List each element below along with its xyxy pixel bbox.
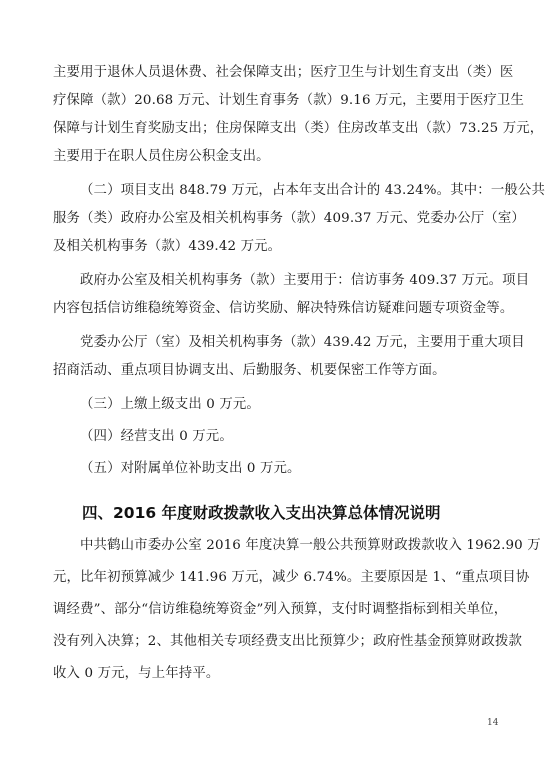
paragraph-line: 调经费”、部分“信访维稳统筹资金”列入预算，支付时调整指标到相关单位，: [53, 601, 497, 619]
section-heading: 四、2016 年度财政拨款收入支出决算总体情况说明: [82, 502, 441, 524]
paragraph-line: 保障与计划生育奖励支出；住房保障支出（类）住房改革支出（款）73.25 万元，: [53, 120, 497, 138]
list-item: （三）上缴上级支出 0 万元。: [80, 396, 497, 414]
list-item: （四）经营支出 0 万元。: [80, 428, 497, 446]
paragraph-line: 中共鹤山市委办公室 2016 年度决算一般公共预算财政拨款收入 1962.90 …: [80, 537, 497, 555]
list-item: （五）对附属单位补助支出 0 万元。: [80, 460, 497, 478]
page-number: 14: [487, 718, 498, 728]
paragraph-line: 内容包括信访维稳统筹资金、信访奖励、解决特殊信访疑难问题专项资金等。: [53, 300, 497, 318]
document-page: 主要用于退休人员退休费、社会保障支出；医疗卫生与计划生育支出（类）医 疗保障（款…: [0, 0, 550, 778]
paragraph-line: 及相关机构事务（款）439.42 万元。: [53, 238, 497, 256]
paragraph-line: 服务（类）政府办公室及相关机构事务（款）409.37 万元、党委办公厅（室）: [53, 210, 497, 228]
paragraph-line: 疗保障（款）20.68 万元、计划生育事务（款）9.16 万元，主要用于医疗卫生: [53, 92, 497, 110]
paragraph-line: 收入 0 万元，与上年持平。: [53, 665, 497, 683]
paragraph-line: （二）项目支出 848.79 万元，占本年支出合计的 43.24%。其中：一般公…: [80, 182, 497, 200]
paragraph-line: 政府办公室及相关机构事务（款）主要用于：信访事务 409.37 万元。项目: [80, 272, 497, 290]
paragraph-line: 党委办公厅（室）及相关机构事务（款）439.42 万元，主要用于重大项目: [80, 334, 497, 352]
paragraph-line: 招商活动、重点项目协调支出、后勤服务、机要保密工作等方面。: [53, 362, 497, 380]
paragraph-line: 主要用于退休人员退休费、社会保障支出；医疗卫生与计划生育支出（类）医: [53, 64, 497, 82]
paragraph-line: 主要用于在职人员住房公积金支出。: [53, 148, 497, 166]
paragraph-line: 没有列入决算；2、其他相关专项经费支出比预算少；政府性基金预算财政拨款: [53, 633, 497, 651]
paragraph-line: 元，比年初预算减少 141.96 万元，减少 6.74%。主要原因是 1、“重点…: [53, 569, 497, 587]
